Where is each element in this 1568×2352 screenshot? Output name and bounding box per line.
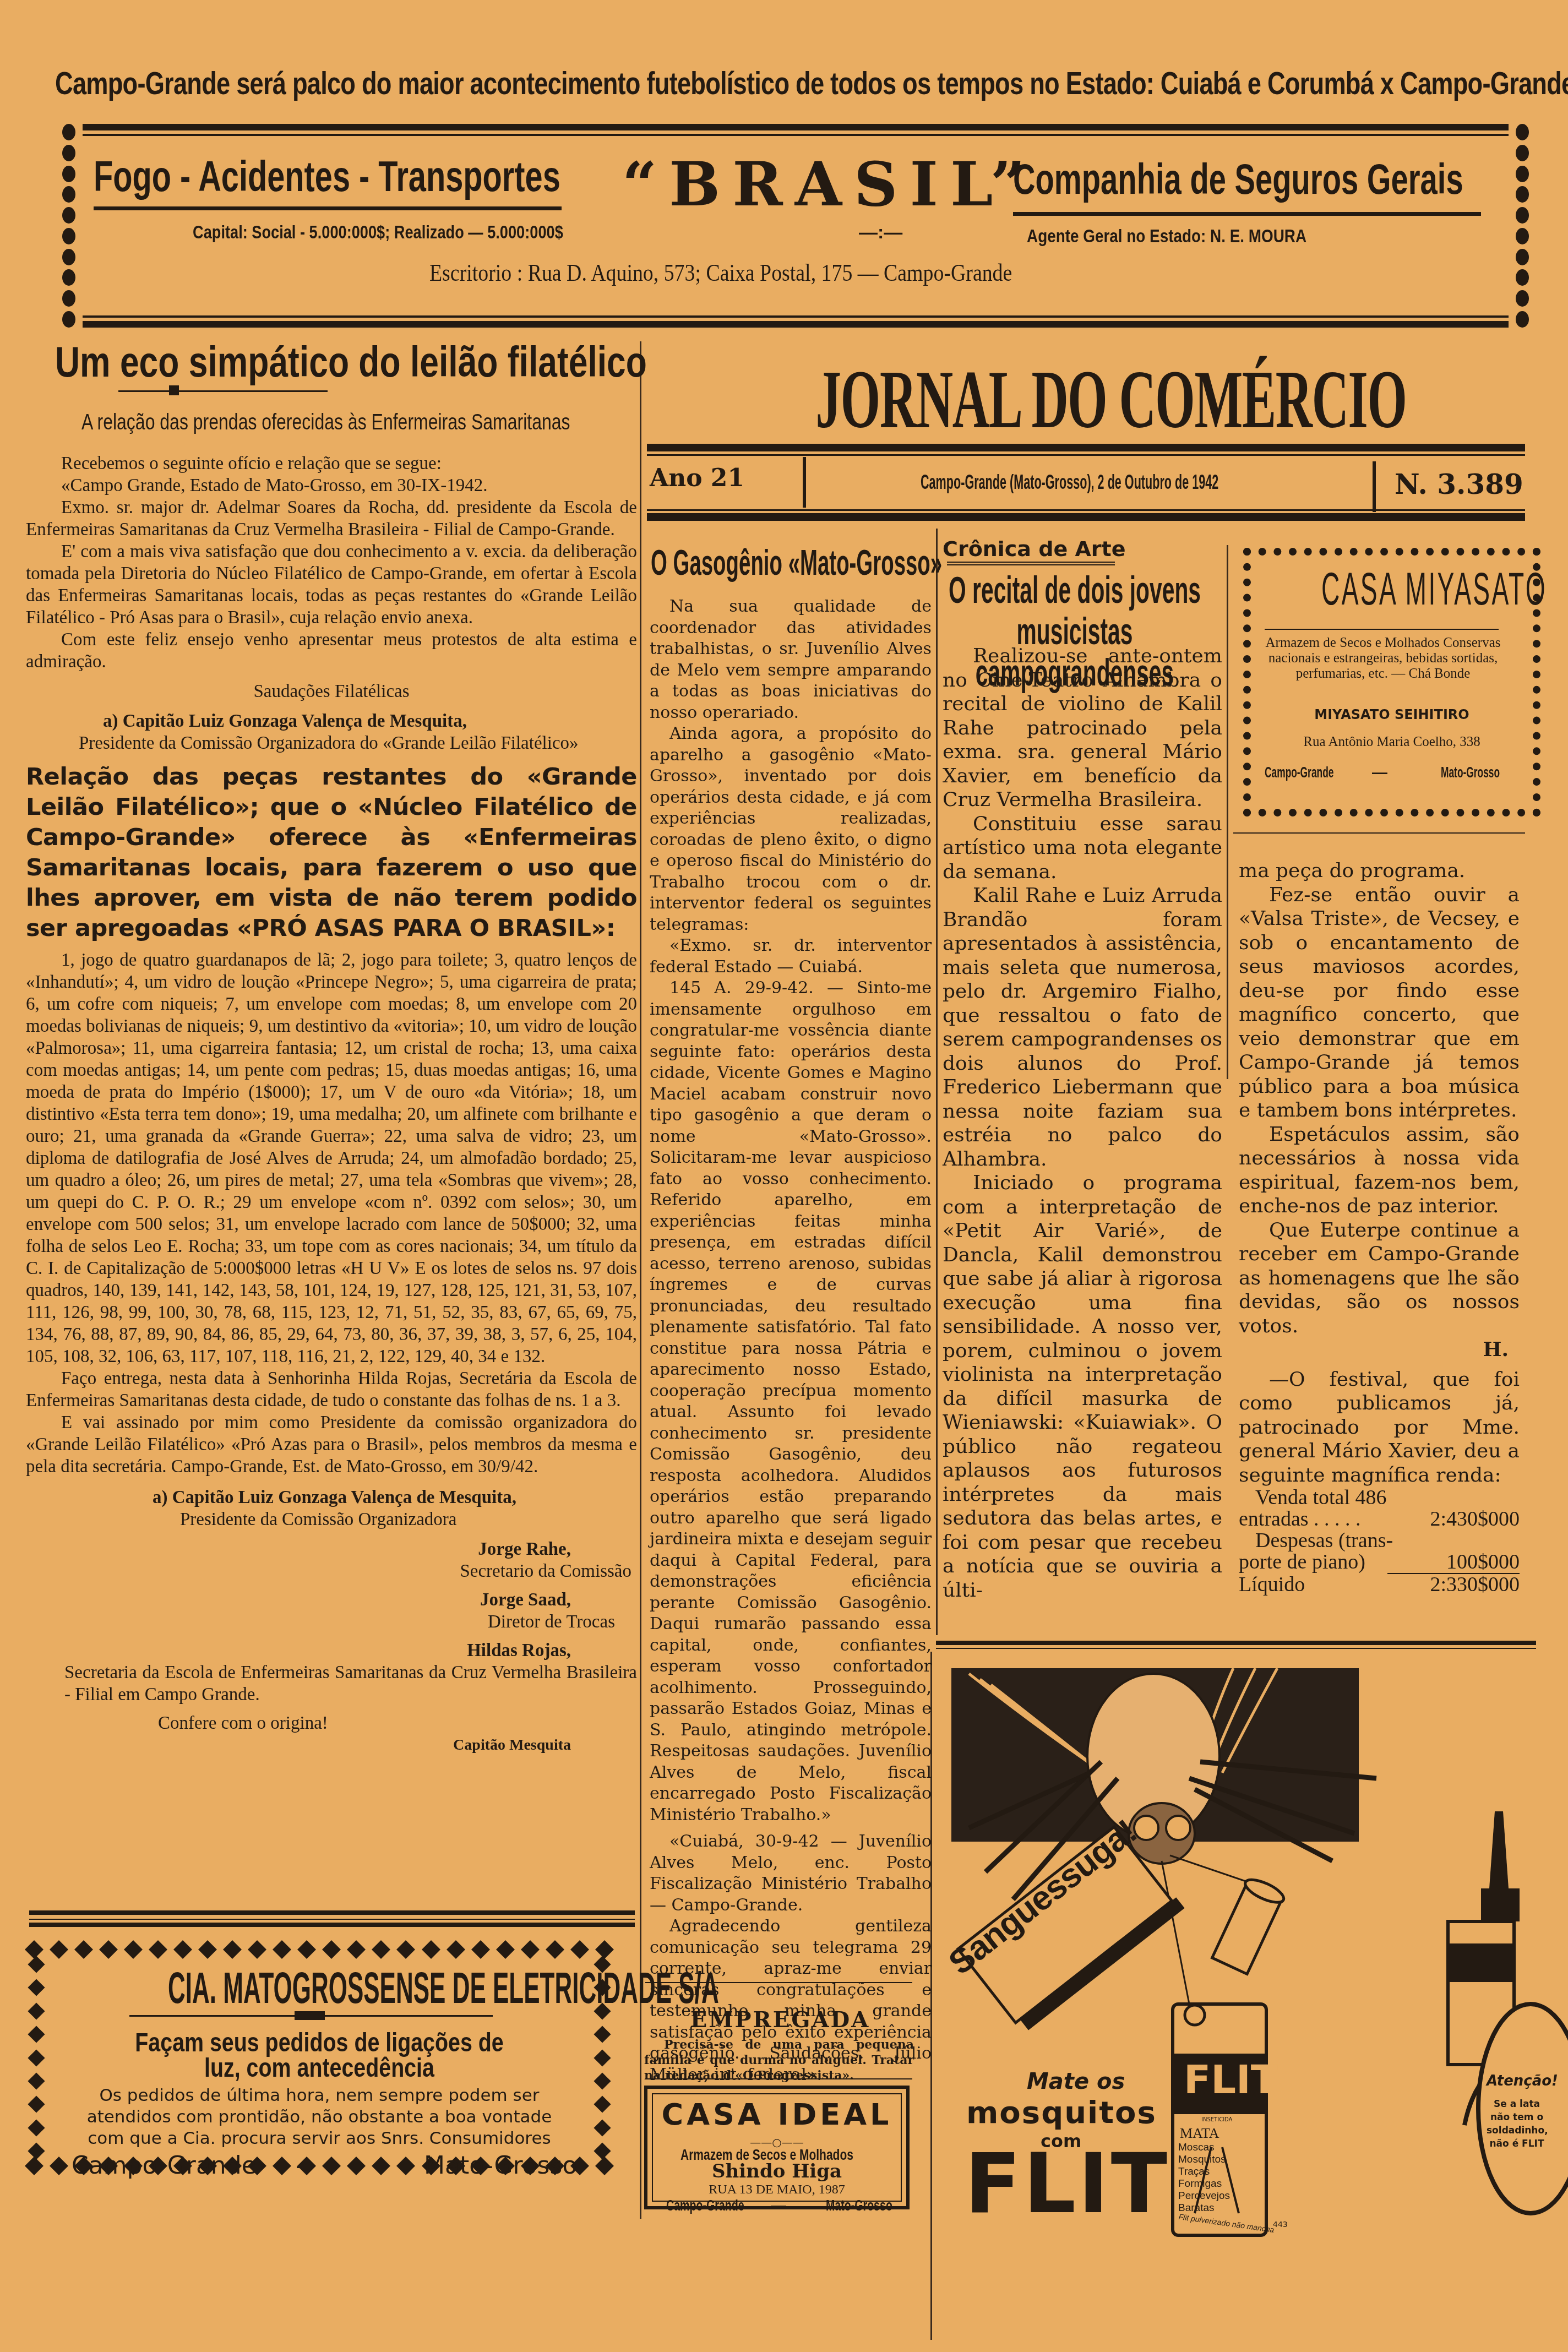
diamond-icon xyxy=(297,1940,316,1959)
empregada-title: EMPREGADA xyxy=(645,2007,915,2033)
article-title-leilao: Um eco simpático do leilão filatélico xyxy=(55,337,647,387)
renda-row: Venda total 486 xyxy=(1239,1487,1520,1509)
signature-name: Hildas Rojas, xyxy=(26,1640,637,1662)
eletricidade-body: Os pedidos de última hora, nem sempre po… xyxy=(72,2085,567,2149)
diamond-icon xyxy=(28,2026,45,2043)
diamond-icon xyxy=(124,1940,143,1959)
flit-atencao: Atenção! xyxy=(1487,2073,1558,2089)
section-rule xyxy=(29,1910,635,1915)
renda-row: Líquido2:330$000 xyxy=(1387,1573,1520,1596)
kicker-underline xyxy=(947,562,1115,563)
diamond-icon xyxy=(322,1940,341,1959)
flit-can-list-item: Traças xyxy=(1178,2166,1230,2178)
renda-value: 2:330$000 xyxy=(1430,1574,1520,1596)
masthead-year: Ano 21 xyxy=(650,464,744,492)
signature-role: Secretaria da Escola de Enfermeiras Sama… xyxy=(26,1662,637,1706)
insurance-agent: Agente Geral no Estado: N. E. MOURA xyxy=(1027,226,1306,247)
insurance-office-address: Escritorio : Rua D. Aquino, 573; Caixa P… xyxy=(429,259,1012,287)
flit-ad: Sanguessuga! Mate os mosquitos com FLIT … xyxy=(936,1652,1568,2352)
casa-miyasato-ad: CASA MIYASATO Armazem de Secos e Molhado… xyxy=(1243,548,1540,816)
flit-brand: FLIT xyxy=(965,2136,1169,2232)
diamond-icon xyxy=(28,1979,45,1996)
diamond-icon xyxy=(594,2049,611,2066)
diamond-icon xyxy=(25,2157,43,2175)
casa-ideal-state: Mato-Grosso xyxy=(826,2197,892,2214)
signature-name: a) Capitão Luiz Gonzaga Valença de Mesqu… xyxy=(26,710,637,732)
signature-name: Capitão Mesquita xyxy=(26,1734,637,1756)
diamond-icon xyxy=(28,2002,45,2019)
renda-label: porte de piano) xyxy=(1239,1551,1365,1573)
insurance-capital: Capital: Social - 5.000:000$; Realizado … xyxy=(193,222,563,243)
signature-name: Jorge Rahe, xyxy=(26,1538,637,1560)
confere-note: Confere com o origina! xyxy=(26,1712,637,1734)
eletricidade-state: Mato-Grosso xyxy=(424,2152,577,2180)
signature-role: Secretario da Comissão xyxy=(26,1560,637,1582)
top-banner-headline: Campo-Grande será palco do maior acontec… xyxy=(55,65,1215,102)
kicker-underline xyxy=(947,564,1115,565)
renda-label: entradas . . . . . xyxy=(1239,1509,1361,1530)
saudacoes: Saudações Filatélicas xyxy=(26,680,637,703)
casa-miyasato-city: Campo-Grande xyxy=(1265,764,1333,781)
title-rule xyxy=(1265,629,1499,630)
column-divider xyxy=(640,341,641,2219)
section-rule xyxy=(29,1923,635,1927)
diamond-icon xyxy=(471,1940,490,1959)
masthead-rule xyxy=(647,444,1525,451)
casa-miyasato-state: Mato-Grosso xyxy=(1441,764,1500,781)
diamond-icon xyxy=(372,2157,390,2175)
signature-role: Presidente da Comissão Organizadora xyxy=(26,1509,637,1531)
diamond-icon xyxy=(248,1940,266,1959)
diamond-icon xyxy=(594,2096,611,2113)
flit-can-list-item: Mosquitos xyxy=(1178,2154,1230,2166)
items-list: 1, jogo de quatro guardanapos de lã; 2, … xyxy=(26,949,637,1368)
cronica-kicker: Crônica de Arte xyxy=(943,537,1126,561)
diamond-icon xyxy=(273,1940,291,1959)
flit-slogan-1: Mate os xyxy=(1027,2069,1125,2094)
insurance-ad: Fogo - Acidentes - Transportes “BRASIL” … xyxy=(61,124,1531,328)
renda-row: porte de piano)100$000 xyxy=(1239,1551,1520,1573)
flit-can-mata: MATA xyxy=(1180,2125,1219,2142)
diamond-icon xyxy=(594,2119,611,2136)
flit-slogan-2: mosquitos xyxy=(966,2095,1157,2131)
diamond-icon xyxy=(347,2157,366,2175)
diamond-icon xyxy=(594,2026,611,2043)
dot-border-left xyxy=(61,124,77,328)
casa-miyasato-sep: — xyxy=(1372,764,1387,781)
border-bottom-rule xyxy=(83,321,1509,328)
border-bottom-rule-thin xyxy=(83,315,1509,318)
diamond-icon xyxy=(595,2157,614,2175)
diamond-icon xyxy=(396,2157,415,2175)
casa-miyasato-owner: MIYASATO SEIHITIRO xyxy=(1251,707,1533,722)
cronica-body-col2: ma peça do programa. Fez-se então ouvir … xyxy=(1239,859,1520,1596)
diamond-icon xyxy=(322,2157,341,2175)
flit-can-list-item: Moscas xyxy=(1178,2142,1230,2154)
diamond-icon xyxy=(25,1940,43,1959)
title-ornament-block xyxy=(295,2011,325,2020)
diamond-icon xyxy=(99,1940,118,1959)
renda-label: Líquido xyxy=(1239,1574,1305,1596)
flit-can-list-item: Formigas xyxy=(1178,2178,1230,2190)
casa-ideal-address: RUA 13 DE MAIO, 1987 xyxy=(647,2182,906,2197)
leilao-body: Recebemos o seguinte ofício e relação qu… xyxy=(26,453,637,1756)
flit-code: 443 xyxy=(1273,2220,1288,2229)
diamond-icon xyxy=(28,2142,45,2159)
insurance-separator: —:— xyxy=(859,222,902,243)
column-divider xyxy=(1227,545,1228,1079)
diamond-icon xyxy=(50,1940,68,1959)
signature-role: Diretor de Trocas xyxy=(26,1611,637,1633)
insurance-right-heading: Companhia de Seguros Gerais xyxy=(1013,154,1463,204)
title-ornament-square xyxy=(169,385,179,395)
eletricidade-headline: Façam seus pedidos de ligações de luz, c… xyxy=(116,2030,522,2081)
diamond-icon xyxy=(594,2072,611,2089)
article-subtitle-leilao: A relação das prendas oferecidas às Enfe… xyxy=(81,410,570,435)
masthead-issue-number: N. 3.389 xyxy=(1395,468,1523,500)
casa-miyasato-address: Rua Antônio Maria Coelho, 338 xyxy=(1251,734,1533,750)
renda-value: 2:430$000 xyxy=(1430,1509,1520,1530)
diamond-icon xyxy=(223,1940,242,1959)
section-rule xyxy=(29,1919,635,1920)
masthead-dateline: Campo-Grande (Mato-Grosso), 2 de Outubro… xyxy=(921,471,1218,494)
renda-row: entradas . . . . .2:430$000 xyxy=(1239,1509,1520,1530)
casa-ideal-ad: CASA IDEAL ——○—— Armazem de Secos e Molh… xyxy=(644,2086,910,2209)
diamond-icon xyxy=(28,2096,45,2113)
masthead-divider xyxy=(1373,461,1376,512)
diamond-icon xyxy=(447,1940,465,1959)
diamond-icon xyxy=(28,2119,45,2136)
diamond-icon xyxy=(347,1940,366,1959)
column-divider xyxy=(936,529,938,1635)
diamond-icon xyxy=(496,1940,515,1959)
insurance-brand: “BRASIL” xyxy=(622,149,1037,220)
diamond-icon xyxy=(595,1940,614,1959)
diamond-icon xyxy=(570,1940,589,1959)
diamond-icon xyxy=(546,1940,564,1959)
casa-miyasato-title: CASA MIYASATO xyxy=(1321,562,1467,616)
diamond-icon xyxy=(28,2072,45,2089)
masthead-rule xyxy=(647,509,1525,511)
renda-table: Venda total 486entradas . . . . .2:430$0… xyxy=(1239,1487,1520,1596)
diamond-border-left xyxy=(28,1958,45,2157)
eletricidade-ad: CIA. MATOGROSSENSE DE ELETRICIDADE S/A F… xyxy=(28,1941,611,2175)
casa-ideal-city: Campo-Grande xyxy=(666,2197,744,2214)
section-rule xyxy=(645,1982,912,1983)
section-rule xyxy=(936,1641,1536,1645)
flit-can-list: MoscasMosquitosTraçasFormigasPercevejosB… xyxy=(1178,2142,1230,2214)
dot-border-right xyxy=(1514,124,1531,328)
flit-can-brand: FLIT xyxy=(1184,2056,1278,2103)
masthead-rule xyxy=(647,454,1525,456)
diamond-icon xyxy=(50,2157,68,2175)
eletricidade-title: CIA. MATOGROSSENSE DE ELETRICIDADE S/A xyxy=(168,1963,471,2013)
diamond-icon xyxy=(198,1940,217,1959)
masthead-rule xyxy=(647,513,1525,521)
diamond-icon xyxy=(396,1940,415,1959)
article-title-gasogenio: O Gasogênio «Mato-Grosso» xyxy=(651,542,942,583)
newspaper-masthead: JORNAL DO COMÉRCIO xyxy=(816,352,1376,447)
mosquito-illustration xyxy=(936,1652,1568,2352)
flit-can-sub: INSETICIDA xyxy=(1201,2117,1232,2123)
diamond-icon xyxy=(594,2142,611,2159)
heading-underline xyxy=(94,206,562,210)
renda-row: Despesas (trans- xyxy=(1239,1530,1520,1551)
diamond-icon xyxy=(74,1940,93,1959)
renda-label: Despesas (trans- xyxy=(1255,1530,1393,1551)
signature-name: Jorge Saad, xyxy=(26,1589,637,1611)
signature-name: a) Capitão Luiz Gonzaga Valença de Mesqu… xyxy=(26,1487,637,1509)
casa-ideal-owner: Shindo Higa xyxy=(647,2160,906,2182)
border-top-rule-thin xyxy=(83,134,1509,136)
cronica-body-col1: Realizou-se ante-ontem no Cine-Teatro Al… xyxy=(943,644,1222,1602)
masthead-divider xyxy=(803,457,806,508)
diamond-icon xyxy=(28,2049,45,2066)
signature-role: Presidente da Comissão Organizadora do «… xyxy=(26,732,637,754)
casa-ideal-title: CASA IDEAL xyxy=(647,2097,906,2132)
diamond-icon xyxy=(521,1940,540,1959)
relacao-heading: Relação das peças restantes do «Grande L… xyxy=(26,762,637,944)
empregada-body: Precisa-se de uma para pequena família e… xyxy=(644,2037,914,2083)
title-ornament-rule xyxy=(118,390,328,392)
gasogenio-body: Na sua qualidade de coordenador das ativ… xyxy=(650,596,932,2086)
flit-warning: Se a lata não tem o soldadinho, não é FL… xyxy=(1487,2098,1547,2150)
cronica-signature: H. xyxy=(1239,1338,1520,1362)
flit-can-list-item: Percevejos xyxy=(1178,2190,1230,2202)
renda-label: Venda total 486 xyxy=(1255,1487,1387,1509)
diamond-icon xyxy=(28,1956,45,1973)
casa-ideal-sep: — xyxy=(771,2197,786,2214)
diamond-icon xyxy=(422,1940,440,1959)
diamond-icon xyxy=(173,1940,192,1959)
diamond-border-top xyxy=(28,1941,611,1958)
section-rule xyxy=(645,2078,912,2079)
eletricidade-city: Campo-Grande xyxy=(72,2152,257,2180)
renda-value: 100$000 xyxy=(1446,1551,1520,1573)
section-rule xyxy=(1233,832,1525,834)
diamond-icon xyxy=(372,1940,390,1959)
eletricidade-sep: -- xyxy=(296,2152,313,2180)
border-top-rule xyxy=(83,124,1509,130)
casa-miyasato-body: Armazem de Secos e Molhados Conservas na… xyxy=(1265,635,1501,682)
section-rule xyxy=(936,1648,1536,1649)
diamond-icon xyxy=(149,1940,167,1959)
heading-underline xyxy=(1013,212,1481,216)
diamond-icon xyxy=(273,2157,291,2175)
